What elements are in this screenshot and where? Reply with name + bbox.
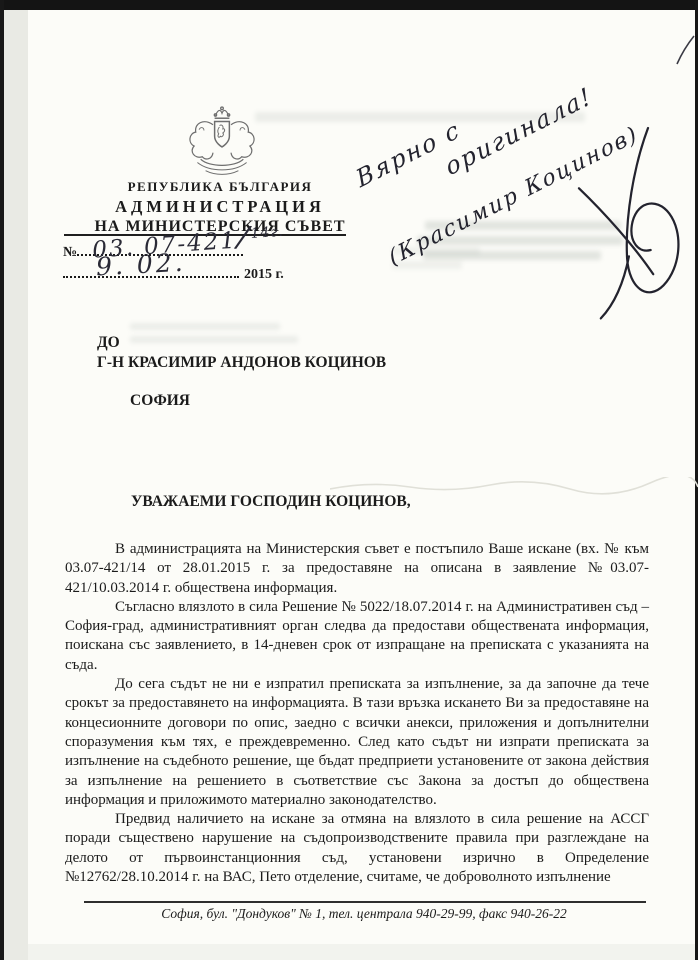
signature-scribble-icon (528, 119, 698, 324)
recipient-to: ДО (97, 333, 386, 353)
salutation: УВАЖАЕМИ ГОСПОДИН КОЦИНОВ, (131, 493, 411, 511)
scan-edge-top (0, 0, 698, 10)
scan-edge-left-shadow (4, 10, 28, 960)
body-paragraph: Предвид наличието на искане за отмяна на… (65, 810, 649, 887)
body-paragraph: До сега съдът не ни е изпратил препискат… (65, 675, 649, 810)
bulgaria-coat-of-arms-icon (181, 105, 263, 179)
letterhead-org-line1: АДМИНИСТРАЦИЯ (70, 197, 370, 217)
body-paragraph: Съгласно влязлото в сила Решение № 5022/… (65, 598, 649, 675)
recipient-block: ДО Г-Н КРАСИМИР АНДОНОВ КОЦИНОВ СОФИЯ (97, 333, 386, 411)
handwritten-date: 9. 02. (95, 248, 186, 282)
recipient-city: СОФИЯ (130, 391, 386, 411)
letter-body: В администрацията на Министерския съвет … (65, 540, 649, 887)
footer-rule (84, 901, 646, 903)
letterhead-country: РЕПУБЛИКА БЪЛГАРИЯ (70, 179, 370, 195)
scan-edge-bottom (28, 944, 695, 960)
recipient-name: Г-Н КРАСИМИР АНДОНОВ КОЦИНОВ (97, 353, 386, 373)
pen-mark (674, 34, 696, 66)
scanned-letter-page: РЕПУБЛИКА БЪЛГАРИЯ АДМИНИСТРАЦИЯ НА МИНИ… (0, 0, 698, 960)
number-prefix: № (63, 245, 77, 260)
body-paragraph: В администрацията на Министерския съвет … (65, 540, 649, 598)
printed-year: 2015 г. (244, 267, 284, 282)
footer-address: София, бул. "Дондуков" № 1, тел. централ… (64, 906, 664, 922)
